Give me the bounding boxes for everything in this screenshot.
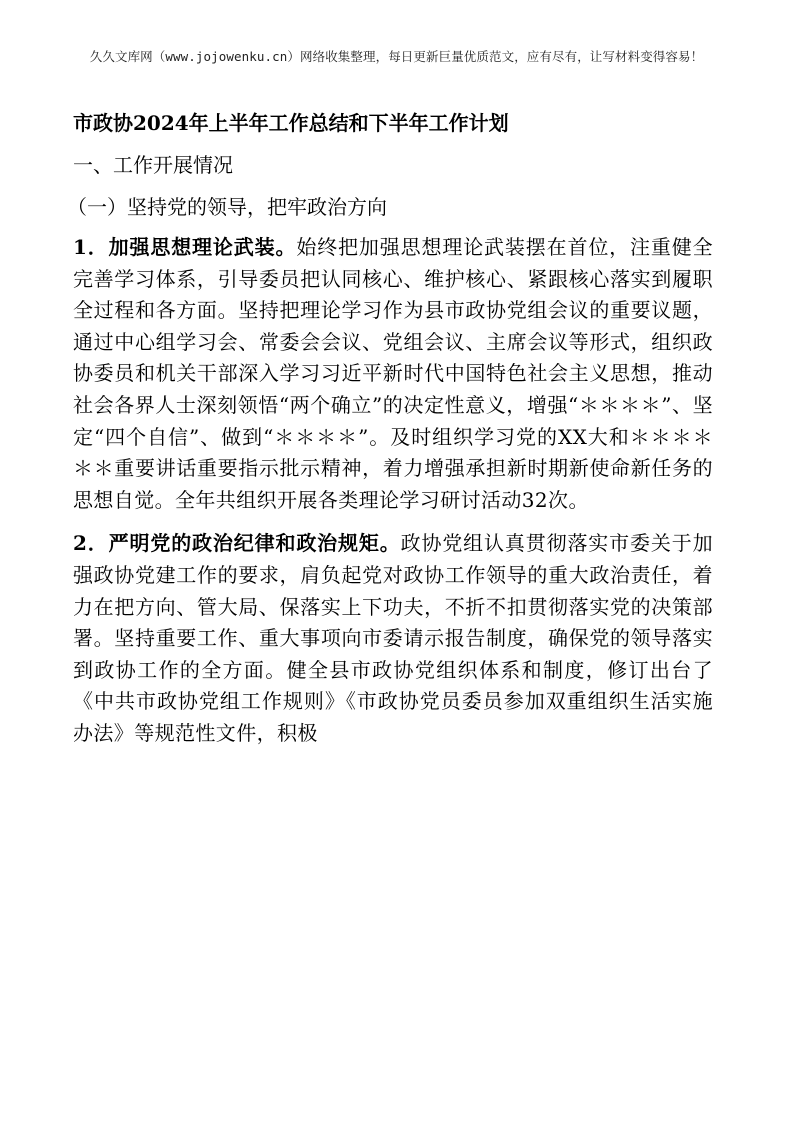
paragraph-body-political-discipline: 政协党组认真贯彻落实市委关于加强政协党建工作的要求，肩负起党对政协工作领导的重大…: [73, 531, 713, 745]
paragraph-theory-study: 1．加强思想理论武装。始终把加强思想理论武装摆在首位，注重健全完善学习体系，引导…: [73, 232, 713, 516]
document-title: 市政协2024年上半年工作总结和下半年工作计划: [73, 108, 713, 138]
paragraph-lead-political-discipline: 2．严明党的政治纪律和政治规矩。: [73, 531, 401, 555]
document-page: 市政协2024年上半年工作总结和下半年工作计划 一、工作开展情况 （一）坚持党的…: [73, 108, 713, 762]
paragraph-political-discipline: 2．严明党的政治纪律和政治规矩。政协党组认真贯彻落实市委关于加强政协党建工作的要…: [73, 528, 713, 749]
site-watermark-banner: 久久文库网（www.jojowenku.cn）网络收集整理，每日更新巨量优质范文…: [0, 47, 793, 65]
subsection-heading-party-leadership: （一）坚持党的领导，把牢政治方向: [67, 192, 713, 222]
section-heading-work-progress: 一、工作开展情况: [73, 150, 713, 180]
paragraph-lead-theory-study: 1．加强思想理论武装。: [73, 235, 296, 259]
paragraph-body-theory-study: 始终把加强思想理论武装摆在首位，注重健全完善学习体系，引导委员把认同核心、维护核…: [73, 235, 713, 512]
